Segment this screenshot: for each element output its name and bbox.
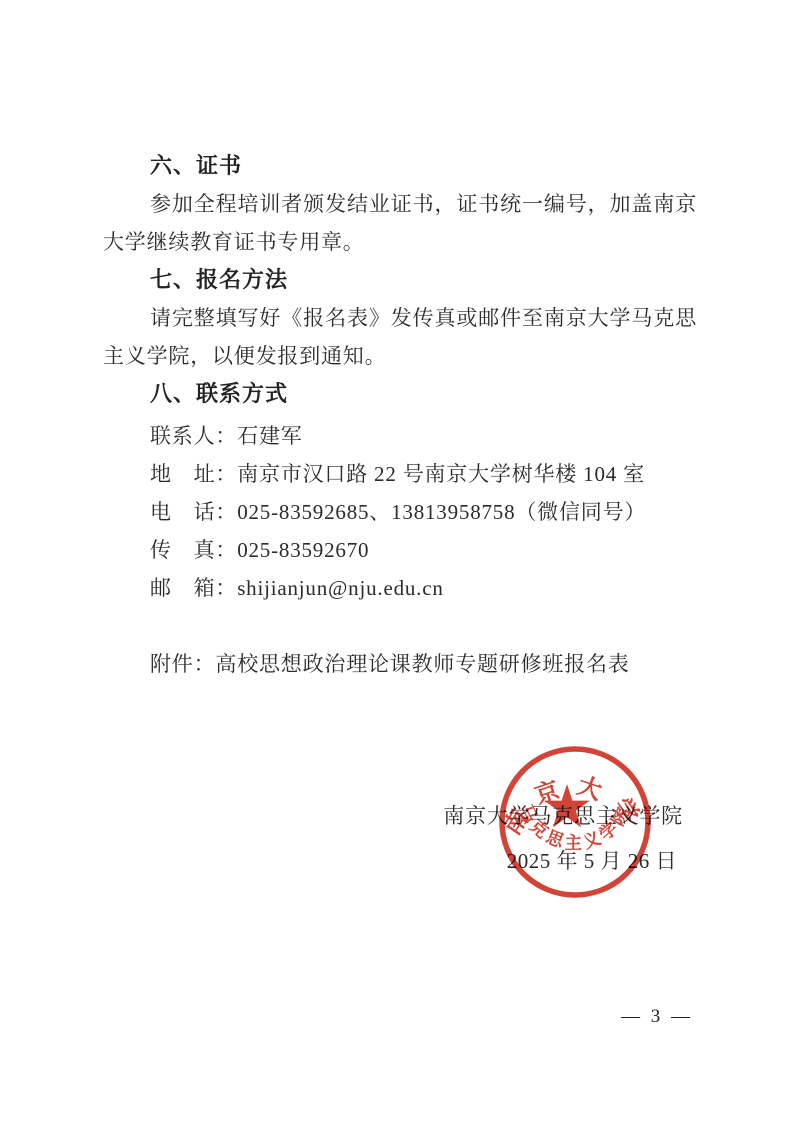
- contact-block: 联系人：石建军 地 址：南京市汉口路 22 号南京大学树华楼 104 室 电 话…: [103, 417, 697, 607]
- contact-address-line: 地 址：南京市汉口路 22 号南京大学树华楼 104 室: [103, 455, 697, 493]
- contact-fax-line: 传 真：025-83592670: [103, 531, 697, 569]
- section-heading-registration: 七、报名方法: [103, 261, 697, 299]
- page-number: — 3 —: [621, 1006, 693, 1028]
- section-heading-contact: 八、联系方式: [103, 375, 697, 413]
- contact-phone-line: 电 话：025-83592685、13813958758（微信同号）: [103, 493, 697, 531]
- registration-paragraph: 请完整填写好《报名表》发传真或邮件至南京大学马克思主义学院，以便发报到通知。: [103, 299, 697, 375]
- attachment-note: 附件：高校思想政治理论课教师专题研修班报名表: [103, 645, 697, 683]
- contact-person-line: 联系人：石建军: [103, 417, 697, 455]
- section-heading-certificate: 六、证书: [103, 147, 697, 185]
- signature-organization: 南京大学马克思主义学院: [103, 797, 697, 835]
- certificate-paragraph: 参加全程培训者颁发结业证书，证书统一编号，加盖南京大学继续教育证书专用章。: [103, 185, 697, 261]
- signature-date: 2025 年 5 月 26 日: [103, 842, 697, 880]
- document-content: 六、证书 参加全程培训者颁发结业证书，证书统一编号，加盖南京大学继续教育证书专用…: [103, 147, 697, 880]
- contact-email-line: 邮 箱：shijianjun@nju.edu.cn: [103, 569, 697, 607]
- document-page: 六、证书 参加全程培训者颁发结业证书，证书统一编号，加盖南京大学继续教育证书专用…: [0, 0, 799, 1131]
- signature-block: 南京大学马克思主义学院 2025 年 5 月 26 日: [103, 797, 697, 880]
